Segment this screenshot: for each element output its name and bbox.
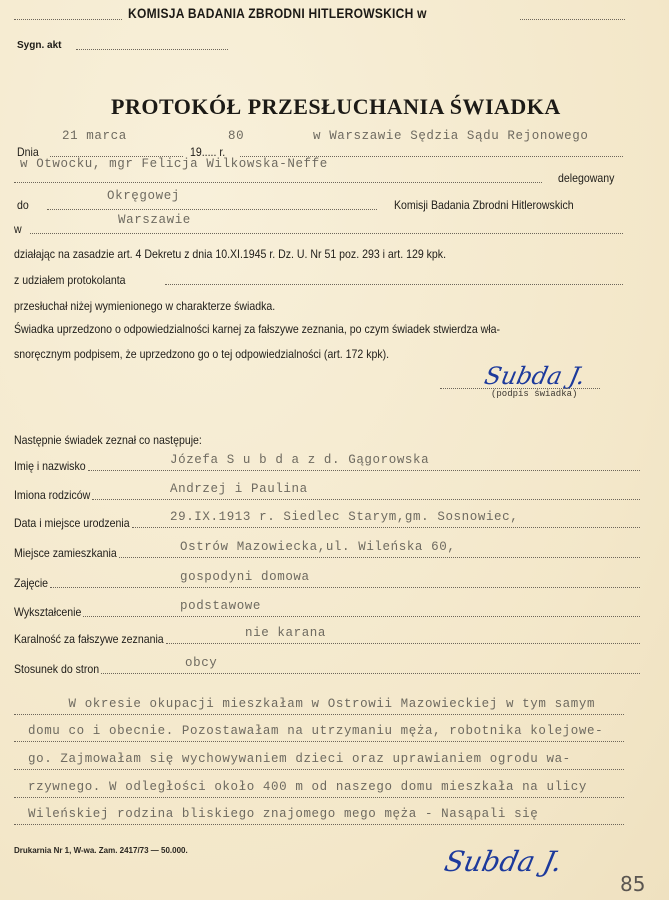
sygn-label: Sygn. akt: [17, 40, 61, 51]
judge-value: w Otwocku, mgr Felicja Wilkowska-Neffe: [20, 157, 328, 171]
warning-line-1: Świadka uprzedzono o odpowiedzialności k…: [14, 322, 500, 336]
field-label: Miejsce zamieszkania: [14, 546, 117, 560]
date-value: 21 marca: [62, 129, 127, 143]
komisji-label: Komisji Badania Zbrodni Hitlerowskich: [394, 198, 574, 212]
signature-caption: (podpis świadka): [491, 389, 577, 399]
field-line[interactable]: [92, 499, 640, 500]
field-label: Imiona rodziców: [14, 488, 90, 502]
field-label: Wykształcenie: [14, 605, 81, 619]
protokolant-field[interactable]: [165, 284, 623, 285]
field-value: obcy: [185, 656, 217, 670]
commission-header: KOMISJA BADANIA ZBRODNI HITLEROWSKICH w: [128, 5, 427, 21]
testimony-line: go. Zajmowałam się wychowywaniem dzieci …: [28, 752, 571, 766]
field-value: Ostrów Mazowiecka,ul. Wileńska 60,: [180, 540, 455, 554]
do-label: do: [17, 198, 29, 212]
warning-line-2: snoręcznym podpisem, że uprzedzono go o …: [14, 347, 389, 361]
field-value: 29.IX.1913 r. Siedlec Starym,gm. Sosnowi…: [170, 510, 518, 524]
protokolant-label: z udziałem protokolanta: [14, 273, 126, 287]
field-line[interactable]: [166, 643, 640, 644]
field-value: nie karana: [245, 626, 326, 640]
field-line[interactable]: [83, 616, 640, 617]
w-field[interactable]: [30, 233, 623, 234]
place-value: w Warszawie Sędzia Sądu Rejonowego: [313, 129, 588, 143]
testimony-line: W okresie okupacji mieszkałam w Ostrowii…: [28, 697, 595, 711]
testimony-rule: [14, 769, 624, 770]
page-number: 85: [620, 872, 645, 896]
w-label: w: [14, 222, 22, 236]
field-label: Imię i nazwisko: [14, 459, 86, 473]
testimony-intro: Następnie świadek zeznał co następuje:: [14, 433, 202, 447]
field-line[interactable]: [50, 587, 640, 588]
judge-field[interactable]: [14, 182, 542, 183]
sygn-field[interactable]: [76, 49, 228, 50]
year-value: 80: [228, 129, 244, 143]
field-line[interactable]: [119, 557, 640, 558]
field-value: podstawowe: [180, 599, 261, 613]
testimony-rule: [14, 714, 624, 715]
testimony-line: Wileńskiej rodzina bliskiego znajomego m…: [28, 807, 538, 821]
field-line[interactable]: [132, 527, 640, 528]
field-line[interactable]: [88, 470, 640, 471]
testimony-line: rzywnego. W odległości około 400 m od na…: [28, 780, 587, 794]
commission-city-field[interactable]: [520, 19, 625, 20]
bottom-signature: Subda J.: [441, 845, 565, 878]
field-label: Stosunek do stron: [14, 662, 99, 676]
document-title: PROTOKÓŁ PRZESŁUCHANIA ŚWIADKA: [111, 94, 561, 120]
testimony-rule: [14, 824, 624, 825]
testimony-rule: [14, 797, 624, 798]
field-label: Karalność za fałszywe zeznania: [14, 632, 164, 646]
w-value: Warszawie: [118, 213, 191, 227]
field-line[interactable]: [101, 673, 640, 674]
printer-imprint: Drukarnia Nr 1, W-wa. Zam. 2417/73 — 50.…: [14, 846, 188, 855]
field-label: Data i miejsce urodzenia: [14, 516, 130, 530]
dzialajac-text: działając na zasadzie art. 4 Dekretu z d…: [14, 247, 446, 261]
witness-signature: Subda J.: [482, 362, 588, 390]
przesluchal-text: przesłuchał niżej wymienionego w charakt…: [14, 299, 275, 313]
field-label: Zajęcie: [14, 576, 48, 590]
testimony-line: domu co i obecnie. Pozostawałam na utrzy…: [28, 724, 603, 738]
do-value: Okręgowej: [107, 189, 180, 203]
testimony-rule: [14, 741, 624, 742]
field-value: Andrzej i Paulina: [170, 482, 308, 496]
delegowany-label: delegowany: [558, 171, 614, 185]
commission-city-line-left: [14, 19, 122, 20]
do-field[interactable]: [47, 209, 377, 210]
field-value: gospodyni domowa: [180, 570, 310, 584]
field-value: Józefa S u b d a z d. Gągorowska: [170, 453, 429, 467]
